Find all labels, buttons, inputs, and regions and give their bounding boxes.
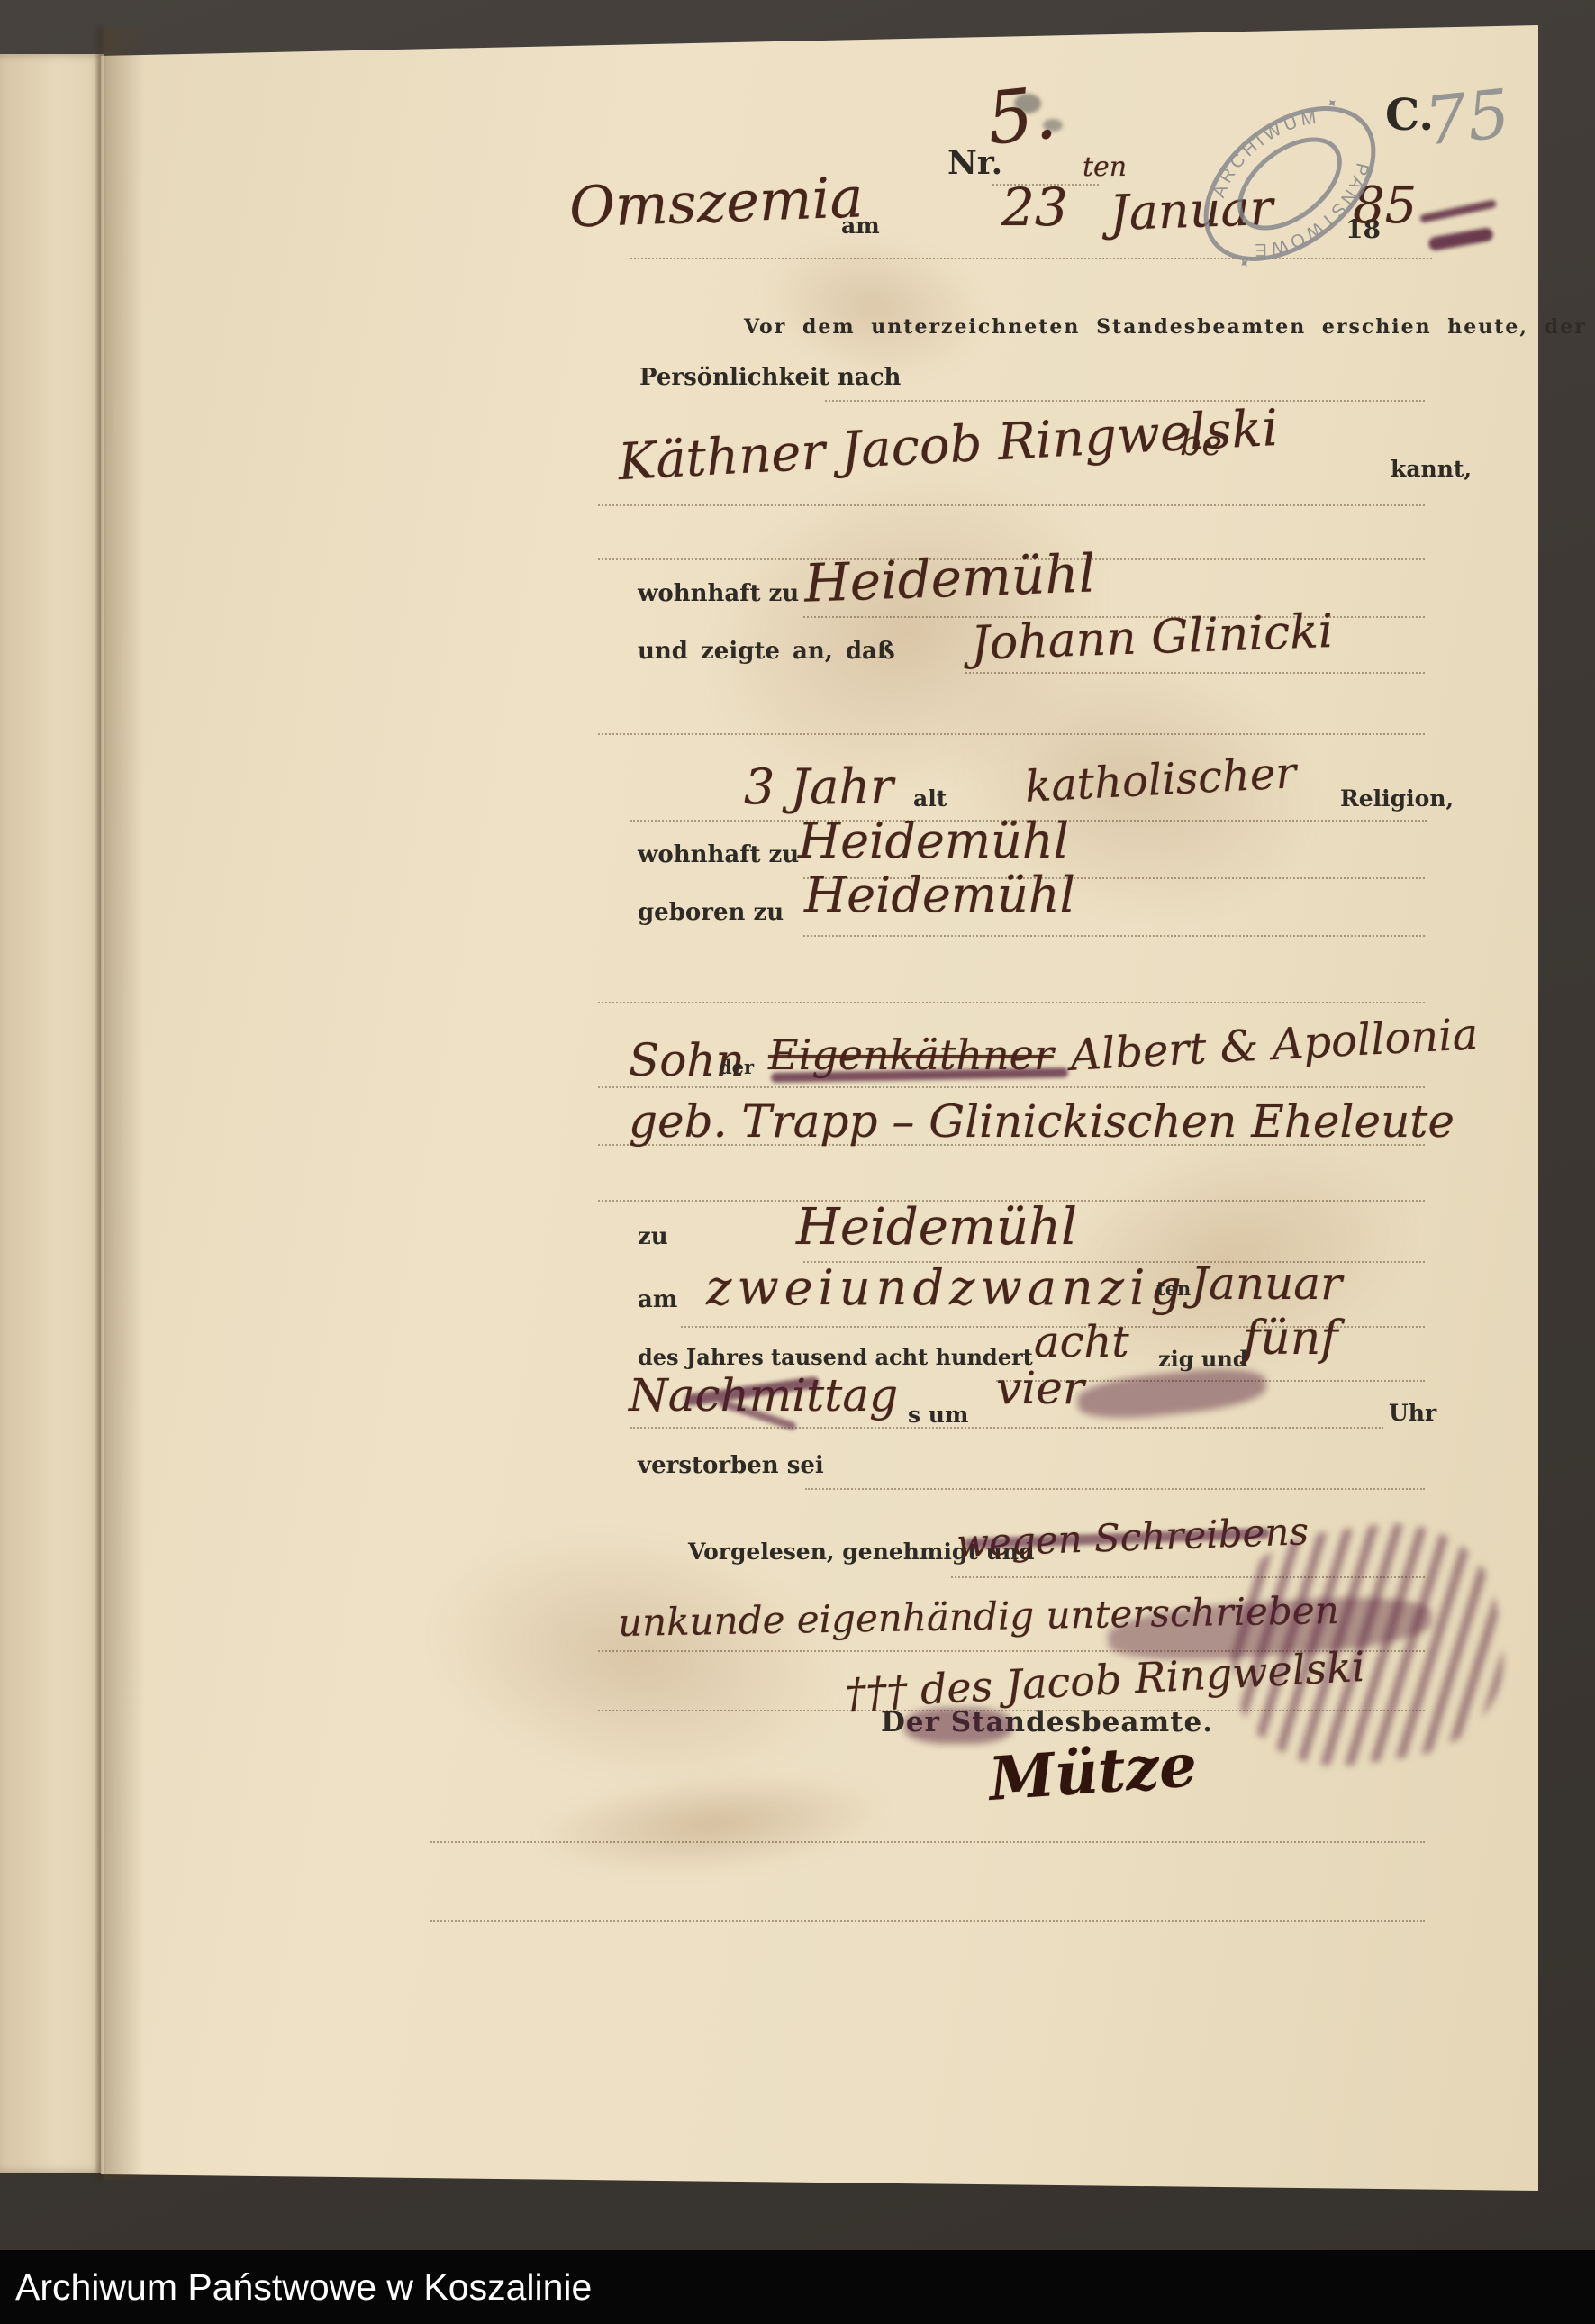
am-label: am	[841, 213, 880, 239]
verstorben-label: verstorben sei	[638, 1452, 824, 1479]
age-handwritten: 3 Jahr	[744, 758, 893, 815]
death-month-handwritten: Januar	[1191, 1257, 1342, 1310]
religion-label: Religion,	[1340, 785, 1454, 812]
parents-line2-handwritten: geb. Trapp – Glinickischen Eheleute	[629, 1095, 1455, 1148]
ruled-line	[825, 400, 1425, 402]
am2-label: am	[638, 1286, 677, 1313]
day-suffix-handwritten: ten	[1083, 151, 1127, 183]
wohnhaft-label-1: wohnhaft zu	[638, 580, 799, 607]
der-label: der	[719, 1056, 754, 1078]
zig-und-label: zig und	[1158, 1346, 1248, 1372]
wohnhaft-value-2: Heidemühl	[798, 812, 1069, 869]
ruled-line	[965, 672, 1425, 674]
death-day-handwritten: zweiundzwanzig	[706, 1259, 1187, 1316]
record-number-value: 5.	[983, 70, 1060, 160]
zu-label: zu	[638, 1223, 668, 1250]
stunde-handwritten: vier	[996, 1362, 1084, 1414]
acht-handwritten: acht	[1034, 1317, 1129, 1367]
jahres-label: des Jahres tausend acht hundert	[638, 1344, 1033, 1370]
wohnhaft-label-2: wohnhaft zu	[638, 841, 799, 868]
ruled-line	[430, 1841, 1425, 1843]
scanned-death-record-page: { "doc": { "nr_label": "Nr.", "nr_value"…	[0, 0, 1595, 2324]
persoenlichkeit-label: Persönlichkeit nach	[639, 364, 901, 391]
archive-footer-bar: Archiwum Państwowe w Koszalinie	[0, 2250, 1595, 2324]
ruled-line	[598, 1086, 1425, 1088]
ruled-line	[430, 1920, 1425, 1922]
ruled-line	[803, 935, 1425, 937]
registry-place-handwritten: Omszemia	[568, 164, 865, 240]
registrar-signature: Mütze	[987, 1729, 1200, 1814]
ink-smear	[904, 1708, 1012, 1744]
s-um-label: s um	[908, 1402, 968, 1428]
fuenf-handwritten: fünf	[1243, 1312, 1337, 1366]
ruled-line	[630, 1427, 1383, 1429]
day-handwritten: 23	[1001, 177, 1068, 238]
intro-line: Vor dem unterzeichneten Standesbeamten e…	[744, 315, 1587, 339]
ruled-line	[598, 504, 1425, 506]
zu-value: Heidemühl	[796, 1198, 1077, 1257]
kannt-label: kannt,	[1391, 456, 1472, 482]
adjacent-page-edge	[0, 54, 104, 2173]
book-gutter-fold	[95, 27, 104, 2180]
ten-label: ten	[1156, 1277, 1191, 1300]
geboren-label: geboren zu	[638, 899, 784, 926]
wohnhaft-value-1: Heidemühl	[803, 542, 1096, 613]
ruled-line	[598, 1002, 1425, 1003]
book-gutter-shadow	[104, 27, 144, 2180]
ruled-line	[598, 733, 1425, 735]
ruled-line	[805, 1488, 1425, 1490]
pencil-page-number: 75	[1421, 75, 1514, 160]
alt-label: alt	[913, 785, 947, 812]
archive-name: Archiwum Państwowe w Koszalinie	[0, 2250, 1595, 2324]
be-handwritten: be	[1180, 423, 1222, 463]
geboren-value: Heidemühl	[804, 867, 1075, 923]
uhr-label: Uhr	[1389, 1400, 1436, 1426]
zeigte-label: und zeigte an, daß	[638, 638, 895, 665]
